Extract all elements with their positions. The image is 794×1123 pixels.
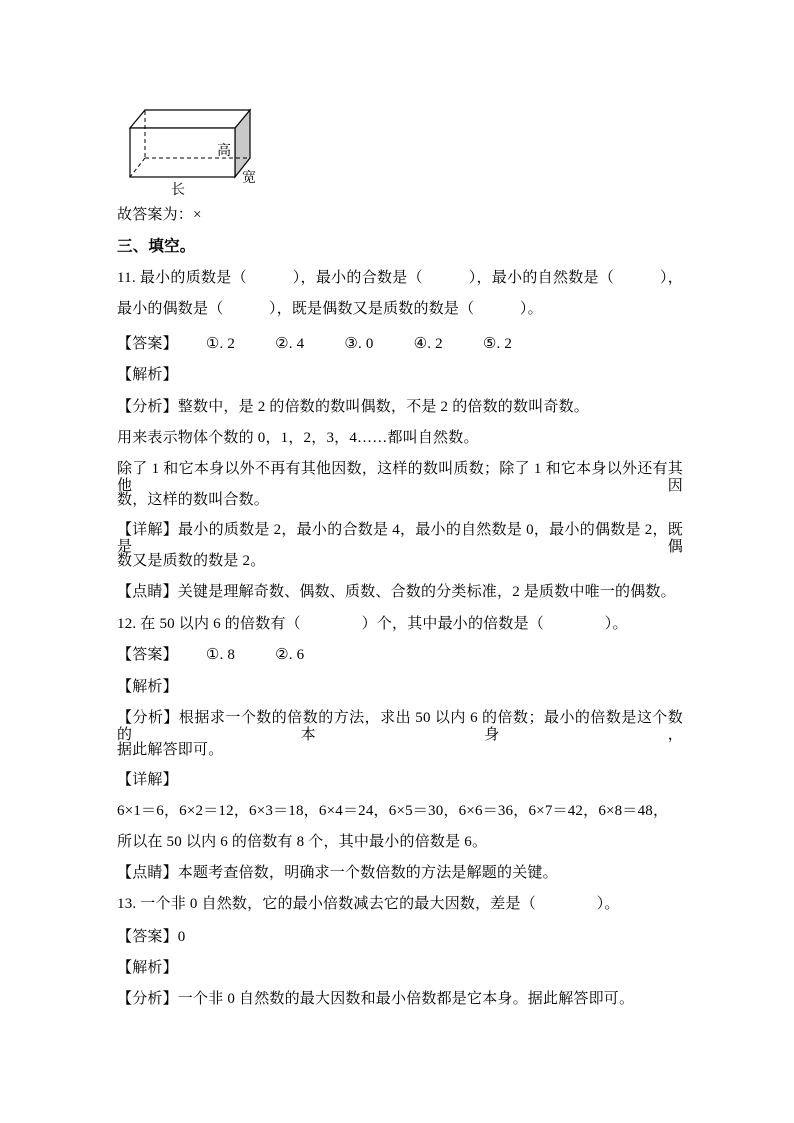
q12-fenxi-line2: 据此解答即可。 — [117, 742, 223, 759]
q12-question: 12. 在 50 以内 6 的倍数有（ ）个，其中最小的倍数是（ ）。 — [117, 616, 628, 633]
q12-dianjing: 【点睛】本题考查倍数，明确求一个数倍数的方法是解题的关键。 — [117, 865, 558, 882]
q11-answer-item: ④. 2 — [414, 336, 443, 353]
q11-dianjing: 【点睛】关键是理解奇数、偶数、质数、合数的分类标准，2 是质数中唯一的偶数。 — [117, 584, 676, 601]
q13-answer: 【答案】0 — [117, 929, 186, 946]
q11-question-line2: 最小的偶数是（ ），既是偶数又是质数的数是（ ）。 — [117, 301, 543, 318]
previous-answer-conclusion: 故答案为：× — [117, 207, 202, 224]
q11-answer-item: ②. 4 — [275, 336, 304, 353]
q11-answer-label: 【答案】 — [117, 336, 178, 353]
q13-fenxi: 【分析】一个非 0 自然数的最大因数和最小倍数都是它本身。据此解答即可。 — [117, 991, 634, 1008]
cuboid-label-height: 高 — [217, 142, 231, 159]
q11-question-line1: 11. 最小的质数是（ ），最小的合数是（ ），最小的自然数是（ ）， — [117, 270, 683, 287]
cuboid-top-face — [130, 110, 250, 128]
q11-answer-row: 【答案】 ①. 2 ②. 4 ③. 0 ④. 2 ⑤. 2 — [117, 336, 552, 353]
q12-xiangjie-calc: 6×1＝6，6×2＝12，6×3＝18，6×4＝24，6×5＝30，6×6＝36… — [117, 803, 668, 820]
q12-answer-label: 【答案】 — [117, 647, 178, 664]
q11-answer-item: ①. 2 — [206, 336, 235, 353]
q12-xiangjie-label: 【详解】 — [117, 772, 178, 789]
q13-question: 13. 一个非 0 自然数，它的最小倍数减去它的最大因数，差是（ ）。 — [117, 896, 620, 913]
q11-fenxi-line3: 除了 1 和它本身以外不再有其他因数，这样的数叫质数；除了 1 和它本身以外还有… — [117, 461, 683, 495]
cuboid-label-length: 长 — [171, 182, 185, 198]
q12-xiangjie-line2: 所以在 50 以内 6 的倍数有 8 个，其中最小的倍数是 6。 — [117, 834, 487, 851]
q12-fenxi-line1: 【分析】根据求一个数的倍数的方法，求出 50 以内 6 的倍数；最小的倍数是这个… — [117, 710, 683, 744]
q11-fenxi-line4: 数，这样的数叫合数。 — [117, 492, 269, 509]
q11-jiexi-label: 【解析】 — [117, 367, 178, 384]
q11-fenxi-line2: 用来表示物体个数的 0，1，2，3，4……都叫自然数。 — [117, 430, 479, 447]
q11-fenxi-line1: 【分析】整数中，是 2 的倍数的数叫偶数，不是 2 的倍数的数叫奇数。 — [117, 399, 589, 416]
q11-answer-item: ⑤. 2 — [483, 336, 512, 353]
q13-jiexi-label: 【解析】 — [117, 960, 178, 977]
q11-xiangjie-line2: 数又是质数的数是 2。 — [117, 553, 265, 570]
q11-xiangjie-line1: 【详解】最小的质数是 2，最小的合数是 4，最小的自然数是 0，最小的偶数是 2… — [117, 522, 683, 556]
q11-answer-item: ③. 0 — [344, 336, 373, 353]
cuboid-label-width: 宽 — [242, 170, 256, 186]
q12-answer-item: ①. 8 — [206, 647, 235, 664]
q12-answer-item: ②. 6 — [275, 647, 304, 664]
section-header: 三、填空。 — [117, 238, 196, 255]
q12-answer-row: 【答案】 ①. 8 ②. 6 — [117, 647, 344, 664]
cuboid-figure: 高 宽 长 — [120, 105, 280, 200]
q12-jiexi-label: 【解析】 — [117, 679, 178, 696]
worksheet-page: 高 宽 长 故答案为：× 三、填空。 11. 最小的质数是（ ），最小的合数是（… — [0, 0, 794, 1123]
